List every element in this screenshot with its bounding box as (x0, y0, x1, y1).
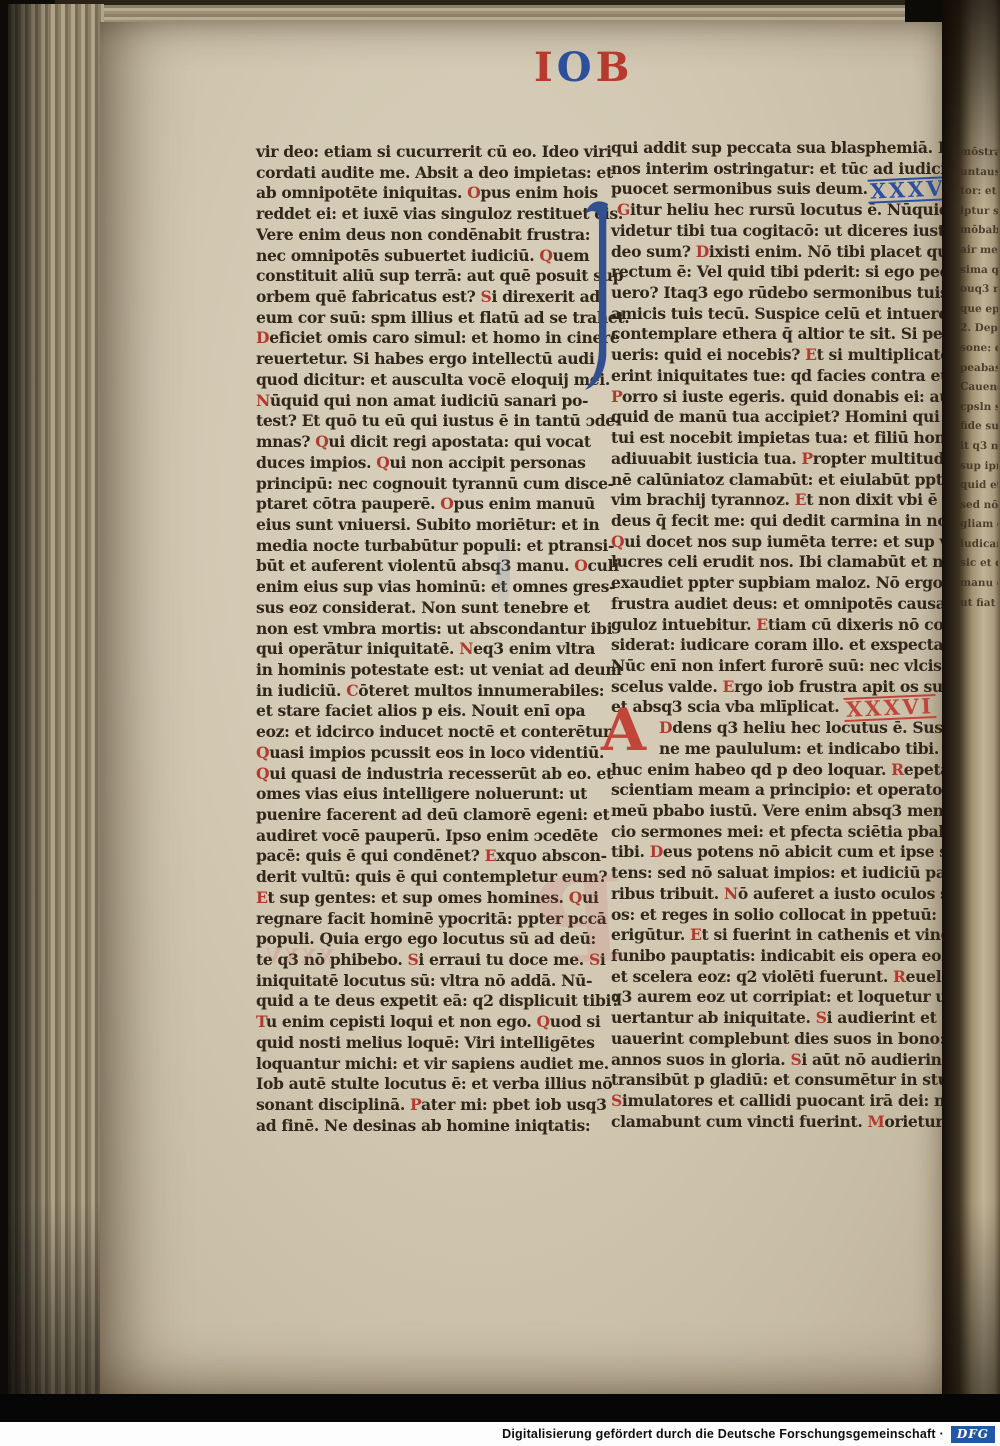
line-text: Ddens q3 heliu hec locutus ē. Susti- (659, 718, 961, 737)
rubricated-capital: R (891, 760, 904, 779)
line-text: Gitur heliu hec rursū locutus ē. Nūquid … (617, 200, 975, 219)
line-text: quid de manū tua accipiet? Homini qui si… (611, 407, 978, 426)
rubricated-capital: R (893, 967, 906, 986)
text-line: regnare facit hominē ypocritā: ppter pcc… (256, 909, 568, 930)
edge-text-fragment: Cauene d (960, 381, 998, 401)
text-line: guloz intuebitur. Etiam cū dixeris nō co… (611, 615, 935, 636)
line-text: rectum ē: Vel quid tibi pderit: si ego p… (611, 262, 974, 281)
running-title: IOB (534, 48, 633, 88)
edge-text-fragment: mōstrat (960, 146, 998, 166)
line-text: quid a te deus expetit eā: q2 displicuit… (256, 991, 620, 1010)
text-line: Qui quasi de industria recesserūt ab eo.… (256, 764, 568, 785)
line-text: principū: nec cognouit tyrannū cum disce… (256, 474, 614, 493)
rubricated-capital: E (690, 925, 702, 944)
edge-text-fragment: ut fiat (960, 596, 998, 616)
line-text: vim brachij tyrannoz. Et non dixit vbi ē (611, 490, 937, 509)
edge-text-fragment: sup ipm (960, 459, 998, 479)
running-title-letter: I (534, 44, 557, 91)
dfg-logo: DFG (951, 1426, 995, 1443)
text-line: Porro si iuste egeris. quid donabis ei: … (611, 387, 935, 408)
text-line: qui operātur iniquitatē. Neq3 enim vltra (256, 639, 568, 660)
scan-bottom-border (0, 1394, 1000, 1422)
line-text: tui est nocebit impietas tua: et filiū h… (611, 428, 981, 447)
line-text: ueris: quid ei nocebis? Et si multiplica… (611, 345, 978, 364)
text-line: būt et auferent violentū absq3 manu. Ocu… (256, 556, 568, 577)
edge-text-fragment: untaus (960, 165, 998, 185)
rubricated-capital: G (617, 200, 630, 219)
line-text: tens: sed nō saluat impios: et iudiciū p… (611, 863, 983, 882)
line-text: in iudiciū. Cōteret multos innumerabiles… (256, 681, 604, 700)
line-text: omes vias eius intelligere noluerunt: ut (256, 784, 587, 803)
line-text: mnas? Qui dicit regi apostata: qui vocat (256, 432, 591, 451)
rubricated-capital: S (611, 1091, 622, 1110)
line-text: nec omnipotēs subuertet iudiciū. Quem (256, 246, 589, 265)
line-text: eoz: et idcirco inducet noctē et conterē… (256, 722, 614, 741)
text-line: Nūc enī non infert furorē suū: nec vlcis… (611, 656, 935, 677)
text-line: et stare faciet alios p eis. Nouit enī o… (256, 701, 568, 722)
book-left-edge (8, 4, 104, 1396)
rubricated-capital: O (440, 494, 453, 513)
text-line: erint iniquitates tue: qd facies contra … (611, 366, 935, 387)
text-line: qui addit sup peccata sua blasphemiā. In… (611, 138, 935, 159)
rubricated-capital: S (481, 287, 492, 306)
facing-page-text-fragments: mōstratuntaustor: et rouiptur sahmōbabia… (960, 146, 998, 616)
text-line: scientiam meam a principio: et operatore… (611, 780, 935, 801)
rubricated-capital: D (650, 842, 663, 861)
line-text: reuertetur. Si habes ergo intellectū aud… (256, 349, 594, 368)
line-text: non est vmbra mortis: ut abscondantur ib… (256, 619, 612, 638)
text-line: ne me paululum: et indicabo tibi. Ad- (611, 739, 935, 760)
edge-text-fragment: manu ei9 (960, 577, 998, 597)
rubricated-capital: P (611, 387, 622, 406)
edge-text-fragment: tor: et rou (960, 185, 998, 205)
text-line: quid de manū tua accipiet? Homini qui si… (611, 407, 935, 428)
rubricated-capital: E (256, 888, 268, 907)
line-text: et stare faciet alios p eis. Nouit enī o… (256, 701, 585, 720)
text-line: nē calūniatoz clamabūt: et eiulabūt ppte… (611, 470, 935, 491)
text-line: duces impios. Qui non accipit personas (256, 453, 568, 474)
edge-text-fragment: sone: et o (960, 342, 998, 362)
text-line: test? Et quō tu eū qui iustus ē in tantū… (256, 411, 568, 432)
line-text: videtur tibi tua cogitacō: ut diceres iu… (611, 221, 968, 240)
line-text: cordati audite me. Absit a deo impietas:… (256, 163, 613, 182)
line-text: uauerint complebunt dies suos in bono: e… (611, 1029, 967, 1048)
line-text: loquantur michi: et vir sapiens audiet m… (256, 1054, 609, 1073)
rubricated-capital: E (756, 615, 768, 634)
line-text: scientiam meam a principio: et operatore… (611, 780, 976, 799)
text-line: constituit aliū sup terrā: aut quē posui… (256, 266, 568, 287)
line-text: test? Et quō tu eū qui iustus ē in tantū… (256, 411, 621, 430)
rubricated-capital: Q (315, 432, 328, 451)
line-text: Vere enim deus non condēnabit frustra: (256, 225, 590, 244)
rubricated-capital: D (696, 242, 709, 261)
edge-text-fragment: quid etiā (960, 479, 998, 499)
text-line: uero? Itaq3 ego rūdebo sermonibus tuis: … (611, 283, 935, 304)
line-text: siderat: iudicare coram illo. et exspect… (611, 635, 990, 654)
text-line: Tu enim cepisti loqui et non ego. Quod s… (256, 1012, 568, 1033)
text-line: funibo pauptatis: indicabit eis opera eo… (611, 946, 935, 967)
rubricated-capital: M (867, 1112, 884, 1131)
line-text: erint iniquitates tue: qd facies contra … (611, 366, 960, 385)
line-text: annos suos in gloria. Si aūt nō audierin… (611, 1050, 949, 1069)
text-line: et absq3 scia vba mlīplicat.XXXVI (611, 697, 935, 718)
text-line: deus q̄ fecit me: qui dedit carmina in n… (611, 511, 935, 532)
line-text: quid nosti melius loquē: Viri intelligēt… (256, 1033, 595, 1052)
ink-stain (497, 536, 510, 610)
rubricated-capital: S (790, 1050, 801, 1069)
illuminated-initial-I (584, 197, 610, 395)
edge-text-fragment: sed nō (960, 498, 998, 518)
text-line: transibūt p gladiū: et consumētur in stu… (611, 1070, 935, 1091)
line-text: ribus tribuit. Nō auferet a iusto oculos… (611, 884, 966, 903)
rubricated-capital: E (723, 677, 735, 696)
text-line: ad finē. Ne desinas ab homine iniqtatis: (256, 1116, 568, 1137)
text-line: uauerint complebunt dies suos in bono: e… (611, 1029, 935, 1050)
line-text: eum cor suū: spm illius et flatū ad se t… (256, 308, 629, 327)
line-text: duces impios. Qui non accipit personas (256, 453, 586, 472)
edge-text-fragment: it q3 non (960, 440, 998, 460)
text-line: cio sermones mei: et pfecta sciētia pbab… (611, 822, 935, 843)
text-line: cordati audite me. Absit a deo impietas:… (256, 163, 568, 184)
rubricated-capital: T (256, 1012, 266, 1031)
text-line: tibi. Deus potens nō abicit cum et ipse … (611, 842, 935, 863)
text-line: annos suos in gloria. Si aūt nō audierin… (611, 1050, 935, 1071)
text-line: non est vmbra mortis: ut abscondantur ib… (256, 619, 568, 640)
rubricated-capital: D (256, 328, 269, 347)
text-line: Qui docet nos sup iumēta terre: et sup v… (611, 532, 935, 553)
rubricated-capital: D (659, 718, 672, 737)
line-text: deo sum? Dixisti enim. Nō tibi placet qu… (611, 242, 969, 261)
text-line: huc enim habeo qd p deo loquar. Repetam (611, 760, 935, 781)
text-line: erigūtur. Et si fuerint in cathenis et v… (611, 925, 935, 946)
rubricated-capital: E (485, 846, 497, 865)
text-line: ab omnipotēte iniquitas. Opus enim hois (256, 183, 568, 204)
line-text: Iob autē stulte locutus ē: et verba illi… (256, 1074, 612, 1093)
text-line: q3 aurem eoz ut corripiat: et loquetur u… (611, 987, 935, 1008)
rubricated-capital: O (574, 556, 587, 575)
text-line: siderat: iudicare coram illo. et exspect… (611, 635, 935, 656)
line-text: nē calūniatoz clamabūt: et eiulabūt ppte… (611, 470, 960, 489)
text-line: puenire facerent ad deū clamorē egeni: e… (256, 805, 568, 826)
rubricated-capital: C (346, 681, 358, 700)
line-text: Tu enim cepisti loqui et non ego. Quod s… (256, 1012, 600, 1031)
edge-text-fragment: iudicar (960, 538, 998, 558)
line-text: Nūc enī non infert furorē suū: nec vlcis… (611, 656, 958, 675)
scanned-manuscript-page: IOB vir deo: etiam si cucurrerit cū eo. … (0, 0, 1000, 1446)
line-text: Nūquid qui non amat iudiciū sanari po- (256, 391, 588, 410)
chapter-numeral: XXXVI (843, 694, 935, 722)
line-text: sus eoz considerat. Non sunt tenebre et (256, 598, 590, 617)
line-text: huc enim habeo qd p deo loquar. Repetam (611, 760, 966, 779)
edge-text-fragment: iptur sah (960, 205, 998, 225)
line-text: quod dicitur: et ausculta vocē eloquij m… (256, 370, 610, 389)
line-text: ad finē. Ne desinas ab homine iniqtatis: (256, 1116, 590, 1135)
text-line: vim brachij tyrannoz. Et non dixit vbi ē (611, 490, 935, 511)
text-line: Vere enim deus non condēnabit frustra: (256, 225, 568, 246)
line-text: q3 aurem eoz ut corripiat: et loquetur u… (611, 987, 982, 1006)
line-text: et scelera eoz: q2 violēti fuerunt. Reue… (611, 967, 974, 986)
text-line: media nocte turbabūtur populi: et ptrans… (256, 536, 568, 557)
line-text: Qui docet nos sup iumēta terre: et sup v… (611, 532, 964, 551)
edge-text-fragment: que eprim (960, 303, 998, 323)
rubricated-capital: N (459, 639, 473, 658)
text-line: audiret vocē pauperū. Ipso enim ɔcedēte (256, 826, 568, 847)
rubricated-capital: O (467, 183, 480, 202)
line-text: Qui quasi de industria recesserūt ab eo.… (256, 764, 613, 783)
text-line: in iudiciū. Cōteret multos innumerabiles… (256, 681, 568, 702)
text-line: adiuuabit iusticia tua. Propter multitud… (611, 449, 935, 470)
line-text: puenire facerent ad deū clamorē egeni: e… (256, 805, 609, 824)
text-line: frustra audiet deus: et omnipotēs causas… (611, 594, 935, 615)
line-text: būt et auferent violentū absq3 manu. Ocu… (256, 556, 619, 575)
text-line: loquantur michi: et vir sapiens audiet m… (256, 1054, 568, 1075)
text-line: tui est nocebit impietas tua: et filiū h… (611, 428, 935, 449)
text-line: Nūquid qui non amat iudiciū sanari po- (256, 391, 568, 412)
edge-text-fragment: air mense (960, 244, 998, 264)
text-line: iniquitatē locutus sū: vltra nō addā. Nū… (256, 971, 568, 992)
text-line: Simulatores et callidi puocant irā dei: … (611, 1091, 935, 1112)
line-text: os: et reges in solio collocat in ppetuū… (611, 905, 995, 924)
text-line: quid a te deus expetit eā: q2 displicuit… (256, 991, 568, 1012)
text-line: amicis tuis tecū. Suspice celū et intuer… (611, 304, 935, 325)
text-line: lucres celi erudit nos. Ibi clamabūt et … (611, 552, 935, 573)
line-text: Deficiet omis caro simul: et homo in cin… (256, 328, 619, 347)
text-line: contemplare ethera q̄ altior te sit. Si … (611, 324, 935, 345)
digitization-credit-bar: Digitalisierung gefördert durch die Deut… (0, 1422, 1000, 1446)
line-text: eius sunt vniuersi. Subito moriētur: et … (256, 515, 599, 534)
line-text: uertantur ab iniquitate. Si audierint et… (611, 1008, 977, 1027)
rubricated-capital: P (410, 1095, 421, 1114)
edge-text-fragment: fide sua (960, 420, 998, 440)
rubricated-capital: Q (611, 532, 624, 551)
edge-text-fragment: 2. Depone (960, 322, 998, 342)
text-line: nos interim ostringatur: et tūc ad iudic… (611, 159, 935, 180)
edge-text-fragment: cpsln seq (960, 401, 998, 421)
line-text: nos interim ostringatur: et tūc ad iudic… (611, 159, 973, 178)
line-text: reddet ei: et iuxē vias singuloz restitu… (256, 204, 623, 223)
running-title-letter: O (557, 44, 596, 91)
text-line: Quasi impios pcussit eos in loco videnti… (256, 743, 568, 764)
text-line: puocet sermonibus suis deum.XXXV (611, 179, 935, 200)
text-line: reddet ei: et iuxē vias singuloz restitu… (256, 204, 568, 225)
line-text: cio sermones mei: et pfecta sciētia pbab… (611, 822, 980, 841)
text-line: reuertetur. Si habes ergo intellectū aud… (256, 349, 568, 370)
edge-text-fragment: peabas r (960, 361, 998, 381)
text-line: sonant disciplinā. Pater mi: pbet iob us… (256, 1095, 568, 1116)
ink-offset-ghost-initial: P (533, 860, 628, 982)
line-text: Porro si iuste egeris. quid donabis ei: … (611, 387, 957, 406)
rubricated-capital: S (407, 950, 418, 969)
line-text: guloz intuebitur. Etiam cū dixeris nō co… (611, 615, 960, 634)
text-line: tens: sed nō saluat impios: et iudiciū p… (611, 863, 935, 884)
running-title-letter: B (596, 44, 634, 91)
text-line: meū pbabo iustū. Vere enim absq3 menda- (611, 801, 935, 822)
line-text: lucres celi erudit nos. Ibi clamabūt et … (611, 552, 964, 571)
edge-text-fragment: mōbabi (960, 224, 998, 244)
text-line: quid nosti melius loquē: Viri intelligēt… (256, 1033, 568, 1054)
text-line: Ddens q3 heliu hec locutus ē. Susti- (611, 718, 935, 739)
text-line: uertantur ab iniquitate. Si audierint et… (611, 1008, 935, 1029)
text-line: clamabunt cum vincti fuerint. Morietur i… (611, 1112, 935, 1133)
line-text: media nocte turbabūtur populi: et ptrans… (256, 536, 614, 555)
line-text: uero? Itaq3 ego rūdebo sermonibus tuis: … (611, 283, 975, 302)
text-line: in hominis potestate est: ut veniat ad d… (256, 660, 568, 681)
line-text: qui addit sup peccata sua blasphemiā. In… (611, 138, 963, 157)
line-text: amicis tuis tecū. Suspice celū et intuer… (611, 304, 975, 323)
rubricated-capital: E (805, 345, 817, 364)
text-line: ribus tribuit. Nō auferet a iusto oculos… (611, 884, 935, 905)
text-line: nec omnipotēs subuertet iudiciū. Quem (256, 246, 568, 267)
text-line: os: et reges in solio collocat in ppetuū… (611, 905, 935, 926)
line-text: erigūtur. Et si fuerint in cathenis et v… (611, 925, 991, 944)
text-line: exaudiet ppter supbiam maloz. Nō ergo (611, 573, 935, 594)
text-line: vir deo: etiam si cucurrerit cū eo. Ideo… (256, 142, 568, 163)
edge-text-fragment: sima qual (960, 263, 998, 283)
ink-offset-ghost-numeral: XXXV (264, 943, 334, 968)
line-text: adiuuabit iusticia tua. Propter multitud… (611, 449, 956, 468)
text-line: Deficiet omis caro simul: et homo in cin… (256, 328, 568, 349)
text-line: Gitur heliu hec rursū locutus ē. Nūquid … (611, 200, 935, 221)
line-text: Simulatores et callidi puocant irā dei: … (611, 1091, 976, 1110)
text-line: eum cor suū: spm illius et flatū ad se t… (256, 308, 568, 329)
text-line: derit vultū: quis ē qui contempletur eum… (256, 867, 568, 888)
rubricated-capital: N (256, 391, 270, 410)
text-line: quod dicitur: et ausculta vocē eloquij m… (256, 370, 568, 391)
text-line: Et sup gentes: et sup omes homines. Qui (256, 888, 568, 909)
text-line: omes vias eius intelligere noluerunt: ut (256, 784, 568, 805)
text-line: ueris: quid ei nocebis? Et si multiplica… (611, 345, 935, 366)
line-text: deus q̄ fecit me: qui dedit carmina in n… (611, 511, 978, 530)
line-text: vir deo: etiam si cucurrerit cū eo. Ideo… (256, 142, 612, 161)
rubricated-capital: Q (539, 246, 552, 265)
text-line: orbem quē fabricatus est? Si direxerit a… (256, 287, 568, 308)
text-line: Iob autē stulte locutus ē: et verba illi… (256, 1074, 568, 1095)
rubricated-capital: P (801, 449, 812, 468)
line-text: meū pbabo iustū. Vere enim absq3 menda- (611, 801, 970, 820)
text-line: mnas? Qui dicit regi apostata: qui vocat (256, 432, 568, 453)
text-line: ptaret cōtra pauperē. Opus enim manuū (256, 494, 568, 515)
text-line: videtur tibi tua cogitacō: ut diceres iu… (611, 221, 935, 242)
text-line: eoz: et idcirco inducet noctē et conterē… (256, 722, 568, 743)
line-text: ptaret cōtra pauperē. Opus enim manuū (256, 494, 595, 513)
rubricated-capital: E (795, 490, 807, 509)
line-text: clamabunt cum vincti fuerint. Morietur i… (611, 1112, 965, 1131)
line-text: in hominis potestate est: ut veniat ad d… (256, 660, 621, 679)
line-text: exaudiet ppter supbiam maloz. Nō ergo (611, 573, 943, 592)
text-line: eius sunt vniuersi. Subito moriētur: et … (256, 515, 568, 536)
text-line: et scelera eoz: q2 violēti fuerunt. Reue… (611, 967, 935, 988)
rubricated-capital: Q (376, 453, 389, 472)
line-text: orbem quē fabricatus est? Si direxerit a… (256, 287, 600, 306)
rubricated-capital: Q (256, 743, 269, 762)
line-text: ab omnipotēte iniquitas. Opus enim hois (256, 183, 598, 202)
line-text: funibo pauptatis: indicabit eis opera eo… (611, 946, 950, 965)
text-line: pacē: quis ē qui condēnet? Exquo abscon- (256, 846, 568, 867)
text-line: principū: nec cognouit tyrannū cum disce… (256, 474, 568, 495)
rubricated-capital: Q (537, 1012, 550, 1031)
line-text: scelus valde. Ergo iob frustra apit os s… (611, 677, 959, 696)
text-column-left: vir deo: etiam si cucurrerit cū eo. Ideo… (256, 142, 568, 1137)
illuminated-initial-A: A (601, 702, 646, 758)
text-line: deo sum? Dixisti enim. Nō tibi placet qu… (611, 242, 935, 263)
rubricated-capital: S (816, 1008, 827, 1027)
line-text: transibūt p gladiū: et consumētur in stu… (611, 1070, 996, 1089)
rubricated-capital: N (724, 884, 738, 903)
line-text: qui operātur iniquitatē. Neq3 enim vltra (256, 639, 595, 658)
line-text: frustra audiet deus: et omnipotēs causas… (611, 594, 990, 613)
line-text: audiret vocē pauperū. Ipso enim ɔcedēte (256, 826, 598, 845)
edge-text-fragment: sic et de (960, 557, 998, 577)
edge-text-fragment: gliam et (960, 518, 998, 538)
text-line: sus eoz considerat. Non sunt tenebre et (256, 598, 568, 619)
text-line: rectum ē: Vel quid tibi pderit: si ego p… (611, 262, 935, 283)
line-text: ne me paululum: et indicabo tibi. Ad- (659, 739, 972, 758)
line-text: sonant disciplinā. Pater mi: pbet iob us… (256, 1095, 607, 1114)
edge-text-fragment: ouq3 recip (960, 283, 998, 303)
text-column-right: qui addit sup peccata sua blasphemiā. In… (611, 138, 935, 1133)
line-text: enim eius sup vias hominū: et omnes gres… (256, 577, 615, 596)
text-line: enim eius sup vias hominū: et omnes gres… (256, 577, 568, 598)
rubricated-capital: Q (256, 764, 269, 783)
line-text: puocet sermonibus suis deum. (611, 179, 868, 200)
line-text: constituit aliū sup terrā: aut quē posui… (256, 266, 623, 285)
line-text: Quasi impios pcussit eos in loco videnti… (256, 743, 604, 762)
line-text: contemplare ethera q̄ altior te sit. Si … (611, 324, 977, 343)
digitization-credit-text: Digitalisierung gefördert durch die Deut… (502, 1427, 944, 1441)
line-text: tibi. Deus potens nō abicit cum et ipse … (611, 842, 992, 861)
chapter-numeral: XXXV (867, 176, 947, 203)
